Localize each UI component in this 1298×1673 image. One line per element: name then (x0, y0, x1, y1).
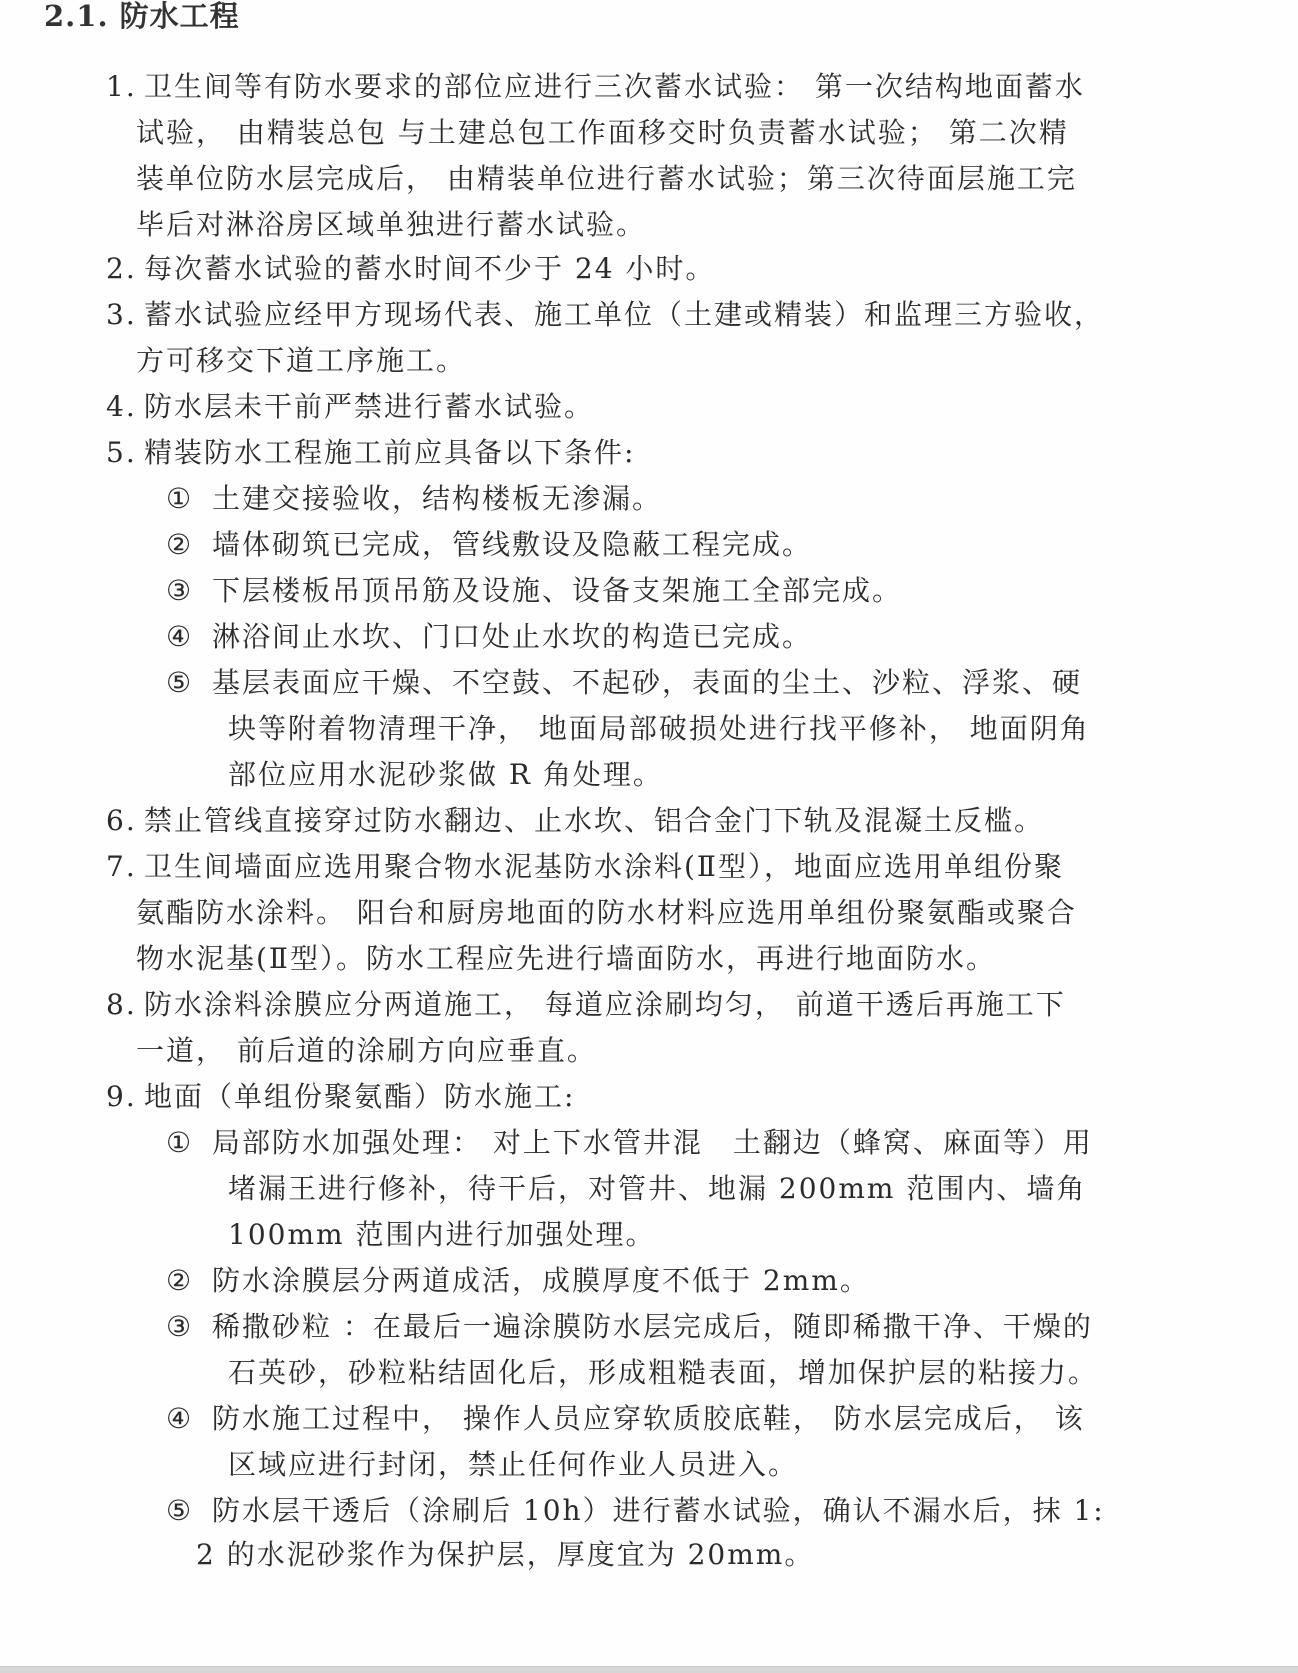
list-item: 7.卫生间墙面应选用聚合物水泥基防水涂料(Ⅱ型），地面应选用单组份聚 (106, 849, 1064, 885)
list-marker: 7. (106, 849, 144, 885)
list-item: 1.卫生间等有防水要求的部位应进行三次蓄水试验： 第一次结构地面蓄水 (106, 69, 1085, 105)
list-item: ⑤基层表面应干燥、不空鼓、不起砂，表面的尘土、沙粒、浮浆、硬 (166, 665, 1082, 701)
list-item-text: 堵漏王进行修补，待干后，对管井、地漏 200mm 范围内、墙角 (228, 1172, 1086, 1205)
list-item-continuation: 石英砂，砂粒粘结固化后，形成粗糙表面，增加保护层的粘接力。 (228, 1355, 1098, 1391)
list-item-continuation: 试验， 由精装总包 与土建总包工作面移交时负责蓄水试验； 第二次精 (136, 115, 1069, 151)
list-item-text: 基层表面应干燥、不空鼓、不起砂，表面的尘土、沙粒、浮浆、硬 (212, 666, 1082, 699)
list-item: ②防水涂膜层分两道成活，成膜厚度不低于 2mm。 (166, 1263, 870, 1299)
list-marker: ③ (166, 573, 212, 609)
list-item-text: 方可移交下道工序施工。 (136, 344, 466, 377)
list-marker: 3. (106, 297, 144, 333)
list-item-text: 蓄水试验应经甲方现场代表、施工单位（土建或精装）和监理三方验收， (144, 298, 1104, 331)
list-marker: ③ (166, 1309, 212, 1345)
list-item-text: 氨酯防水涂料。 阳台和厨房地面的防水材料应选用单组份聚氨酯或聚合 (136, 896, 1077, 929)
list-marker: ④ (166, 1401, 212, 1437)
list-marker: ① (166, 481, 212, 517)
list-item-text: 稀撒砂粒 ：在最后一遍涂膜防水层完成后，随即稀撒干净、干燥的 (212, 1310, 1093, 1343)
list-item: 3.蓄水试验应经甲方现场代表、施工单位（土建或精装）和监理三方验收， (106, 297, 1104, 333)
list-item-text: 防水涂膜层分两道成活，成膜厚度不低于 2mm。 (212, 1264, 870, 1297)
list-item: 2.每次蓄水试验的蓄水时间不少于 24 小时。 (106, 251, 715, 287)
list-marker: 1. (106, 69, 144, 105)
list-item-text: 墙体砌筑已完成，管线敷设及隐蔽工程完成。 (212, 528, 812, 561)
list-item-text: 防水施工过程中， 操作人员应穿软质胶底鞋， 防水层完成后， 该 (212, 1402, 1085, 1435)
list-item-text: 装单位防水层完成后， 由精装单位进行蓄水试验；第三次待面层施工完 (136, 162, 1077, 195)
list-marker: ② (166, 527, 212, 563)
list-item-continuation: 氨酯防水涂料。 阳台和厨房地面的防水材料应选用单组份聚氨酯或聚合 (136, 895, 1077, 931)
list-item-text: 块等附着物清理干净， 地面局部破损处进行找平修补， 地面阴角 (228, 712, 1090, 745)
list-item: ④淋浴间止水坎、门口处止水坎的构造已完成。 (166, 619, 812, 655)
list-item: 6.禁止管线直接穿过防水翻边、止水坎、铝合金门下轨及混凝土反槛。 (106, 803, 1044, 839)
list-item-continuation: 方可移交下道工序施工。 (136, 343, 466, 379)
list-item: 9.地面（单组份聚氨酯）防水施工: (106, 1079, 575, 1115)
list-marker: 4. (106, 389, 144, 425)
list-item-text: 100mm 范围内进行加强处理。 (228, 1218, 655, 1251)
document-page: 2.1. 防水工程 1.卫生间等有防水要求的部位应进行三次蓄水试验： 第一次结构… (0, 0, 1298, 1667)
list-marker: ① (166, 1125, 212, 1161)
list-item-text: 地面（单组份聚氨酯）防水施工: (144, 1080, 575, 1113)
list-marker: ④ (166, 619, 212, 655)
list-item-continuation: 一道， 前后道的涂刷方向应垂直。 (136, 1033, 597, 1069)
list-item-continuation: 区域应进行封闭，禁止任何作业人员进入。 (228, 1447, 798, 1483)
list-item: ②墙体砌筑已完成，管线敷设及隐蔽工程完成。 (166, 527, 812, 563)
list-item-continuation: 堵漏王进行修补，待干后，对管井、地漏 200mm 范围内、墙角 (228, 1171, 1086, 1207)
list-marker: ② (166, 1263, 212, 1299)
list-marker: 6. (106, 803, 144, 839)
list-item-text: 每次蓄水试验的蓄水时间不少于 24 小时。 (144, 252, 715, 285)
list-marker: ⑤ (166, 1493, 212, 1529)
list-marker: 9. (106, 1079, 144, 1115)
list-item: ④防水施工过程中， 操作人员应穿软质胶底鞋， 防水层完成后， 该 (166, 1401, 1085, 1437)
list-item-text: 部位应用水泥砂浆做 R 角处理。 (228, 758, 663, 791)
list-item: 5.精装防水工程施工前应具备以下条件: (106, 435, 635, 471)
list-item-continuation: 装单位防水层完成后， 由精装单位进行蓄水试验；第三次待面层施工完 (136, 161, 1077, 197)
list-marker: 2. (106, 251, 144, 287)
list-item-continuation: 100mm 范围内进行加强处理。 (228, 1217, 655, 1253)
list-item: ①土建交接验收，结构楼板无渗漏。 (166, 481, 662, 517)
list-item-continuation: 2 的水泥砂浆作为保护层，厚度宜为 20mm。 (196, 1537, 814, 1573)
list-item-text: 土建交接验收，结构楼板无渗漏。 (212, 482, 662, 515)
list-item-text: 禁止管线直接穿过防水翻边、止水坎、铝合金门下轨及混凝土反槛。 (144, 804, 1044, 837)
list-item-text: 卫生间等有防水要求的部位应进行三次蓄水试验： 第一次结构地面蓄水 (144, 70, 1085, 103)
list-item-text: 试验， 由精装总包 与土建总包工作面移交时负责蓄水试验； 第二次精 (136, 116, 1069, 149)
list-marker: 8. (106, 987, 144, 1023)
list-item-text: 石英砂，砂粒粘结固化后，形成粗糙表面，增加保护层的粘接力。 (228, 1356, 1098, 1389)
list-item: 8.防水涂料涂膜应分两道施工， 每道应涂刷均匀， 前道干透后再施工下 (106, 987, 1066, 1023)
list-item-text: 下层楼板吊顶吊筋及设施、设备支架施工全部完成。 (212, 574, 902, 607)
list-item-text: 一道， 前后道的涂刷方向应垂直。 (136, 1034, 597, 1067)
list-marker: 5. (106, 435, 144, 471)
list-item-text: 毕后对淋浴房区域单独进行蓄水试验。 (136, 208, 646, 241)
list-marker: ⑤ (166, 665, 212, 701)
list-item-continuation: 块等附着物清理干净， 地面局部破损处进行找平修补， 地面阴角 (228, 711, 1090, 747)
list-item-text: 精装防水工程施工前应具备以下条件: (144, 436, 635, 469)
list-item-continuation: 毕后对淋浴房区域单独进行蓄水试验。 (136, 207, 646, 243)
list-item-text: 卫生间墙面应选用聚合物水泥基防水涂料(Ⅱ型），地面应选用单组份聚 (144, 850, 1064, 883)
list-item: ③稀撒砂粒 ：在最后一遍涂膜防水层完成后，随即稀撒干净、干燥的 (166, 1309, 1093, 1345)
list-item-text: 2 的水泥砂浆作为保护层，厚度宜为 20mm。 (196, 1538, 814, 1571)
list-item-text: 区域应进行封闭，禁止任何作业人员进入。 (228, 1448, 798, 1481)
list-item-text: 防水层未干前严禁进行蓄水试验。 (144, 390, 594, 423)
list-item: ①局部防水加强处理： 对上下水管井混 土翻边（蜂窝、麻面等）用 (166, 1125, 1093, 1161)
list-item: ③下层楼板吊顶吊筋及设施、设备支架施工全部完成。 (166, 573, 902, 609)
list-item-text: 局部防水加强处理： 对上下水管井混 土翻边（蜂窝、麻面等）用 (212, 1126, 1093, 1159)
page-bottom-edge (0, 1666, 1298, 1673)
list-item-text: 防水涂料涂膜应分两道施工， 每道应涂刷均匀， 前道干透后再施工下 (144, 988, 1066, 1021)
list-item-text: 淋浴间止水坎、门口处止水坎的构造已完成。 (212, 620, 812, 653)
list-item-text: 防水层干透后（涂刷后 10h）进行蓄水试验，确认不漏水后，抹 1: (212, 1494, 1105, 1527)
list-item: 4.防水层未干前严禁进行蓄水试验。 (106, 389, 594, 425)
list-item-continuation: 部位应用水泥砂浆做 R 角处理。 (228, 757, 663, 793)
section-heading: 2.1. 防水工程 (44, 0, 240, 34)
list-item-continuation: 物水泥基(Ⅱ型）。防水工程应先进行墙面防水，再进行地面防水。 (136, 941, 996, 977)
list-item-text: 物水泥基(Ⅱ型）。防水工程应先进行墙面防水，再进行地面防水。 (136, 942, 996, 975)
list-item: ⑤防水层干透后（涂刷后 10h）进行蓄水试验，确认不漏水后，抹 1: (166, 1493, 1105, 1529)
